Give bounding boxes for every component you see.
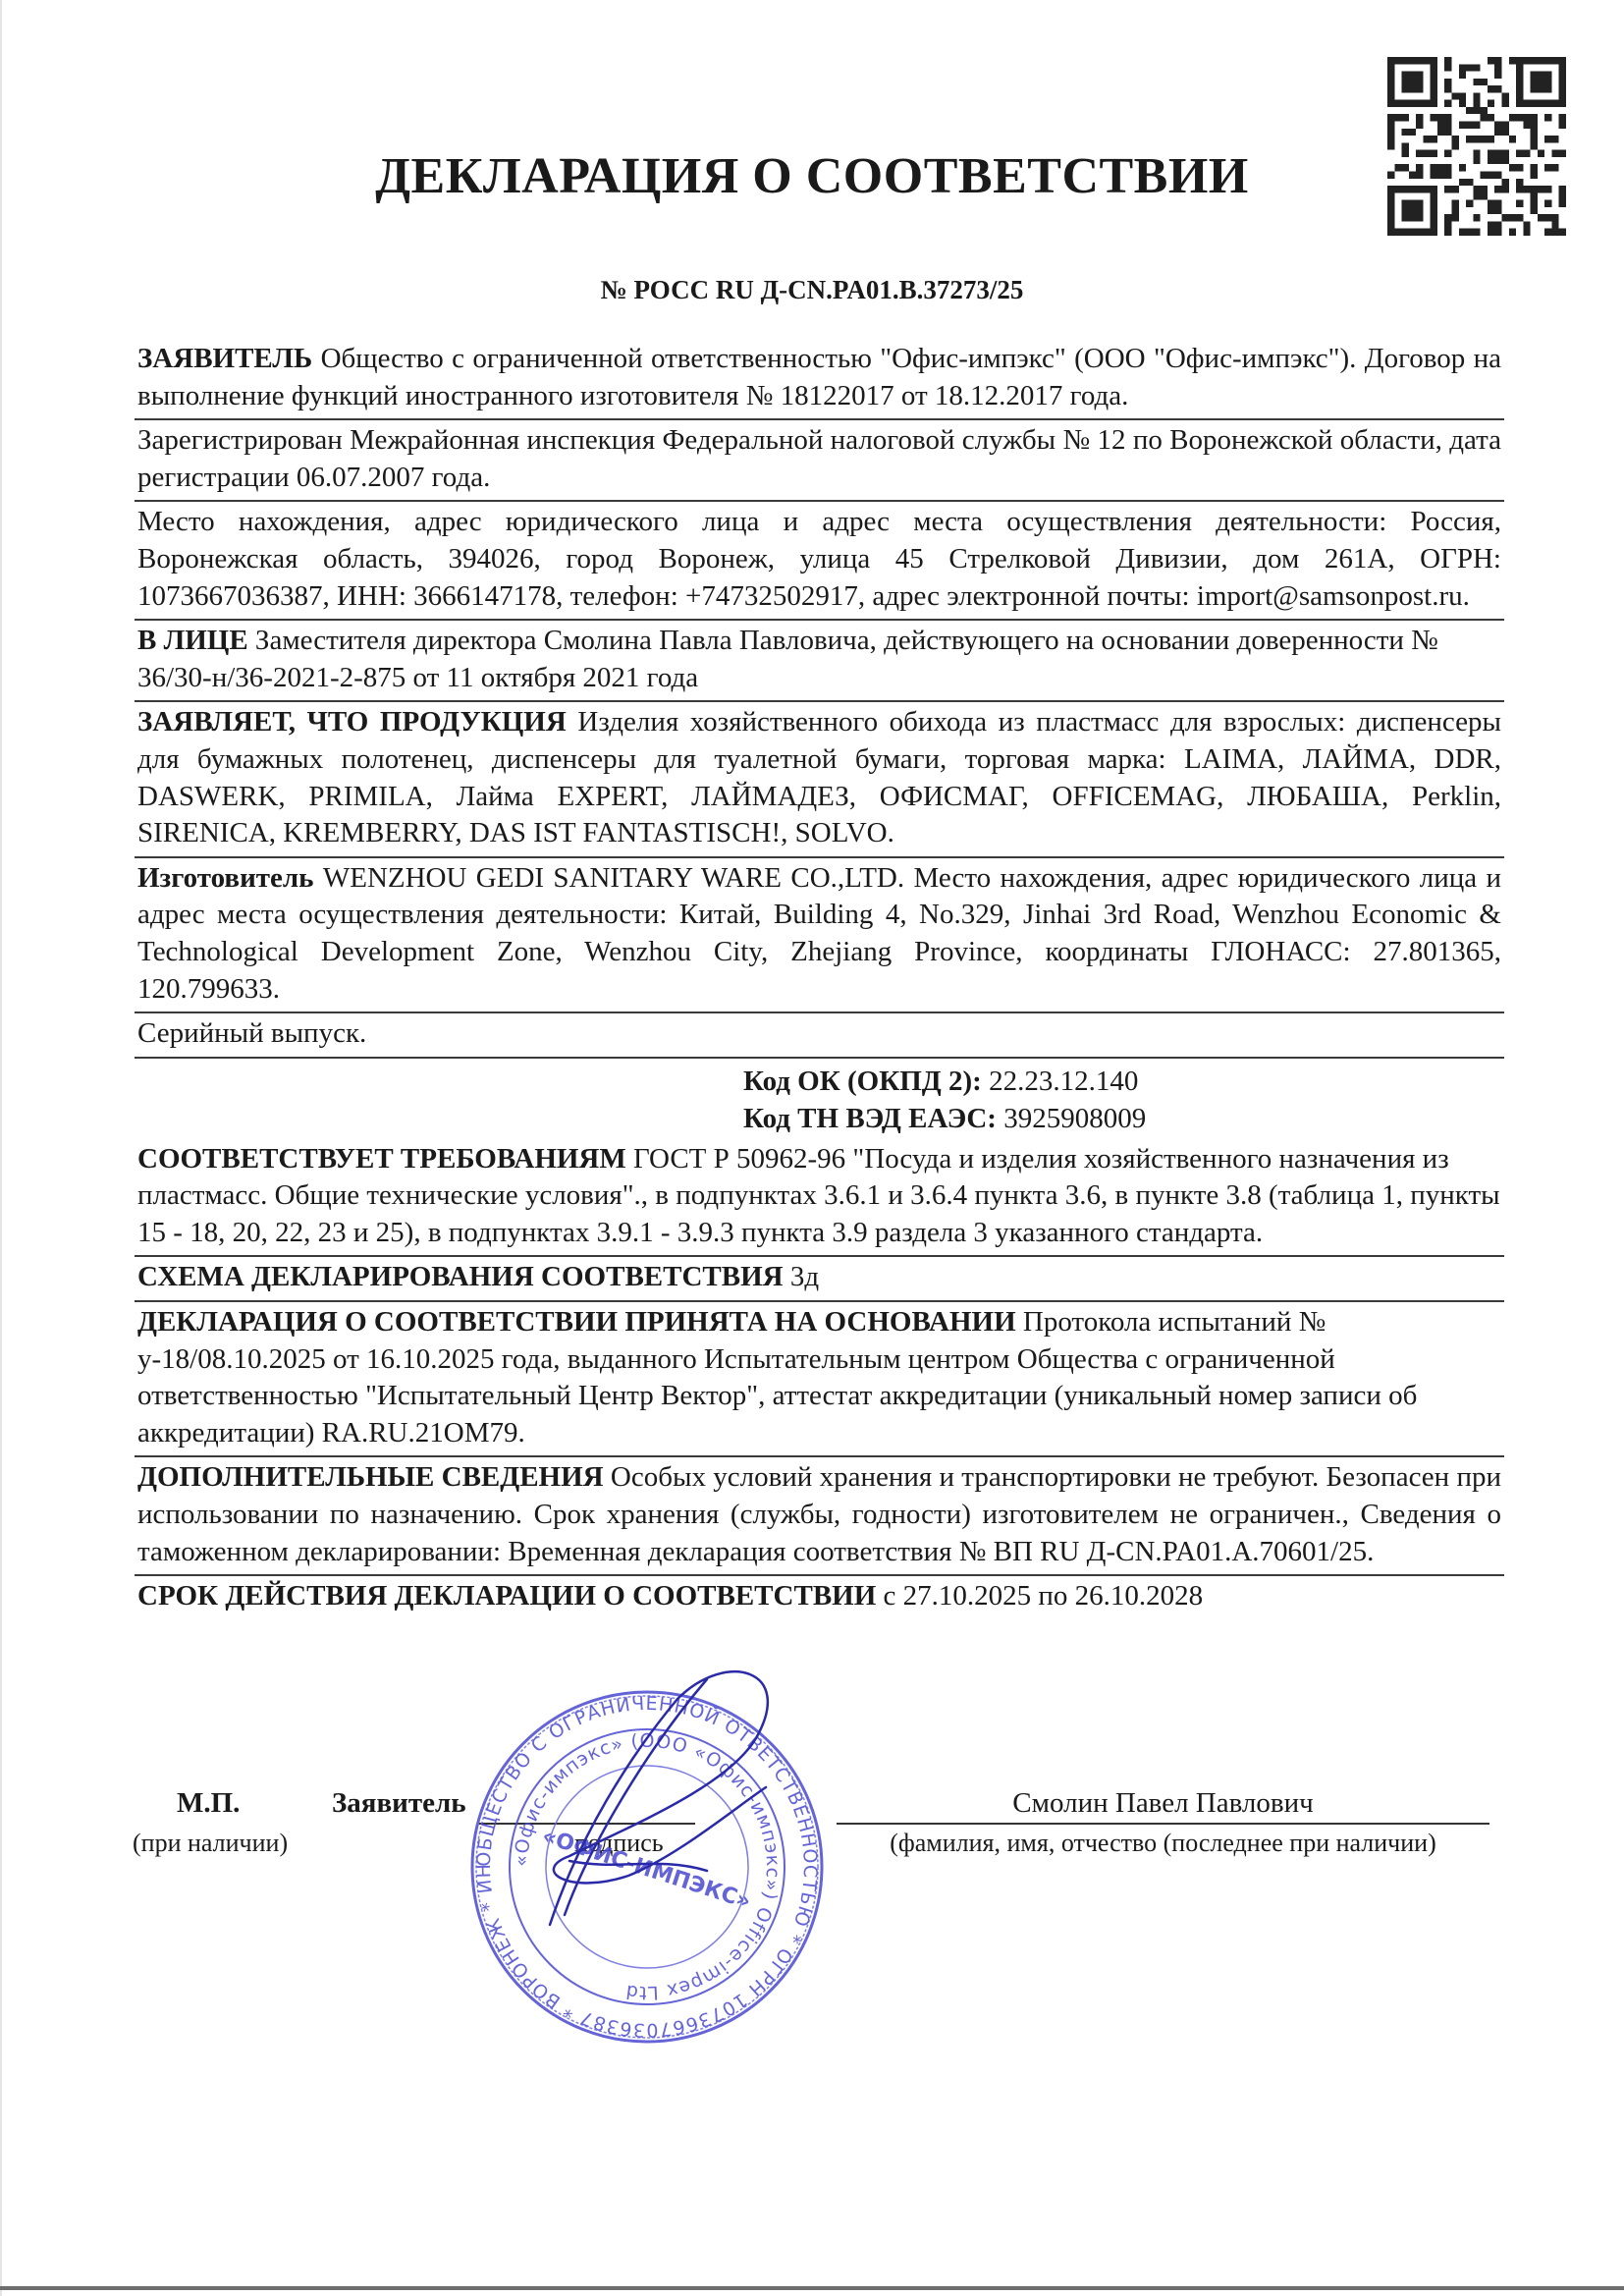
validity-text: с 27.10.2025 по 26.10.2028 <box>884 1580 1204 1612</box>
manufacturer-label: Изготовитель <box>137 862 314 894</box>
registration-text: Зарегистрирован Межрайонная инспекция Фе… <box>137 424 1501 493</box>
name-line <box>837 1823 1489 1825</box>
address-text: Место нахождения, адрес юридического лиц… <box>137 506 1501 611</box>
section-requirements: СООТВЕТСТВУЕТ ТРЕБОВАНИЯМ ГОСТ Р 50962-9… <box>135 1139 1504 1258</box>
scheme-text: 3д <box>790 1261 819 1292</box>
tnved-label: Код ТН ВЭД ЕАЭС: <box>743 1103 997 1134</box>
handwritten-signature-icon <box>511 1660 825 1974</box>
scheme-label: СХЕМА ДЕКЛАРИРОВАНИЯ СООТВЕТСТВИЯ <box>137 1261 784 1292</box>
represented-by-label: В ЛИЦЕ <box>137 625 248 656</box>
product-label: ЗАЯВЛЯЕТ, ЧТО ПРОДУКЦИЯ <box>137 706 567 738</box>
production-text: Серийный выпуск. <box>137 1017 366 1049</box>
section-manufacturer: Изготовитель WENZHOU GEDI SANITARY WARE … <box>135 858 1504 1013</box>
section-scheme: СХЕМА ДЕКЛАРИРОВАНИЯ СООТВЕТСТВИЯ 3д <box>135 1257 1504 1302</box>
okpd-value: 22.23.12.140 <box>989 1066 1138 1097</box>
seal-place-label: М.П. <box>177 1787 240 1820</box>
section-address: Место нахождения, адрес юридического лиц… <box>135 502 1504 621</box>
scan-edge-bottom <box>0 2286 1624 2290</box>
signatory-name-note: (фамилия, имя, отчество (последнее при н… <box>837 1829 1489 1858</box>
seal-place-note: (при наличии) <box>133 1829 288 1858</box>
qr-code-icon <box>1387 56 1566 237</box>
product-codes: Код ОК (ОКПД 2): 22.23.12.140 Код ТН ВЭД… <box>135 1059 1504 1139</box>
tnved-code-row: Код ТН ВЭД ЕАЭС: 3925908009 <box>743 1100 1504 1137</box>
basis-label: ДЕКЛАРАЦИЯ О СООТВЕТСТВИИ ПРИНЯТА НА ОСН… <box>137 1306 1016 1338</box>
represented-by-text: Заместителя директора Смолина Павла Павл… <box>137 625 1438 693</box>
tnved-value: 3925908009 <box>1003 1103 1146 1134</box>
okpd-code-row: Код ОК (ОКПД 2): 22.23.12.140 <box>743 1063 1504 1100</box>
validity-label: СРОК ДЕЙСТВИЯ ДЕКЛАРАЦИИ О СООТВЕТСТВИИ <box>137 1580 876 1612</box>
manufacturer-text: WENZHOU GEDI SANITARY WARE CO.,LTD. Мест… <box>137 862 1501 1005</box>
section-represented-by: В ЛИЦЕ Заместителя директора Смолина Пав… <box>135 621 1504 702</box>
section-validity: СРОК ДЕЙСТВИЯ ДЕКЛАРАЦИИ О СООТВЕТСТВИИ … <box>135 1576 1504 1619</box>
section-product: ЗАЯВЛЯЕТ, ЧТО ПРОДУКЦИЯ Изделия хозяйств… <box>135 702 1504 857</box>
section-registration: Зарегистрирован Межрайонная инспекция Фе… <box>135 420 1504 502</box>
applicant-label: ЗАЯВИТЕЛЬ <box>137 343 312 374</box>
signatory-name: Смолин Павел Павлович <box>837 1787 1489 1820</box>
document-title: ДЕКЛАРАЦИЯ О СООТВЕТСТВИИ <box>0 147 1624 205</box>
section-additional: ДОПОЛНИТЕЛЬНЫЕ СВЕДЕНИЯ Особых условий х… <box>135 1457 1504 1576</box>
document-number: № РОСС RU Д-CN.PA01.B.37273/25 <box>0 275 1624 305</box>
declaration-body: ЗАЯВИТЕЛЬ Общество с ограниченной ответс… <box>135 339 1504 1619</box>
applicant-text: Общество с ограниченной ответственностью… <box>137 343 1501 411</box>
scan-edge-left <box>0 0 2 2296</box>
section-production: Серийный выпуск. <box>135 1013 1504 1059</box>
document-page: ДЕКЛАРАЦИЯ О СООТВЕТСТВИИ <box>0 0 1624 2296</box>
okpd-label: Код ОК (ОКПД 2): <box>743 1066 982 1097</box>
additional-label: ДОПОЛНИТЕЛЬНЫЕ СВЕДЕНИЯ <box>137 1461 604 1493</box>
section-basis: ДЕКЛАРАЦИЯ О СООТВЕТСТВИИ ПРИНЯТА НА ОСН… <box>135 1302 1504 1457</box>
section-applicant: ЗАЯВИТЕЛЬ Общество с ограниченной ответс… <box>135 339 1504 420</box>
applicant-sign-label: Заявитель <box>332 1787 466 1820</box>
requirements-label: СООТВЕТСТВУЕТ ТРЕБОВАНИЯМ <box>137 1143 626 1175</box>
